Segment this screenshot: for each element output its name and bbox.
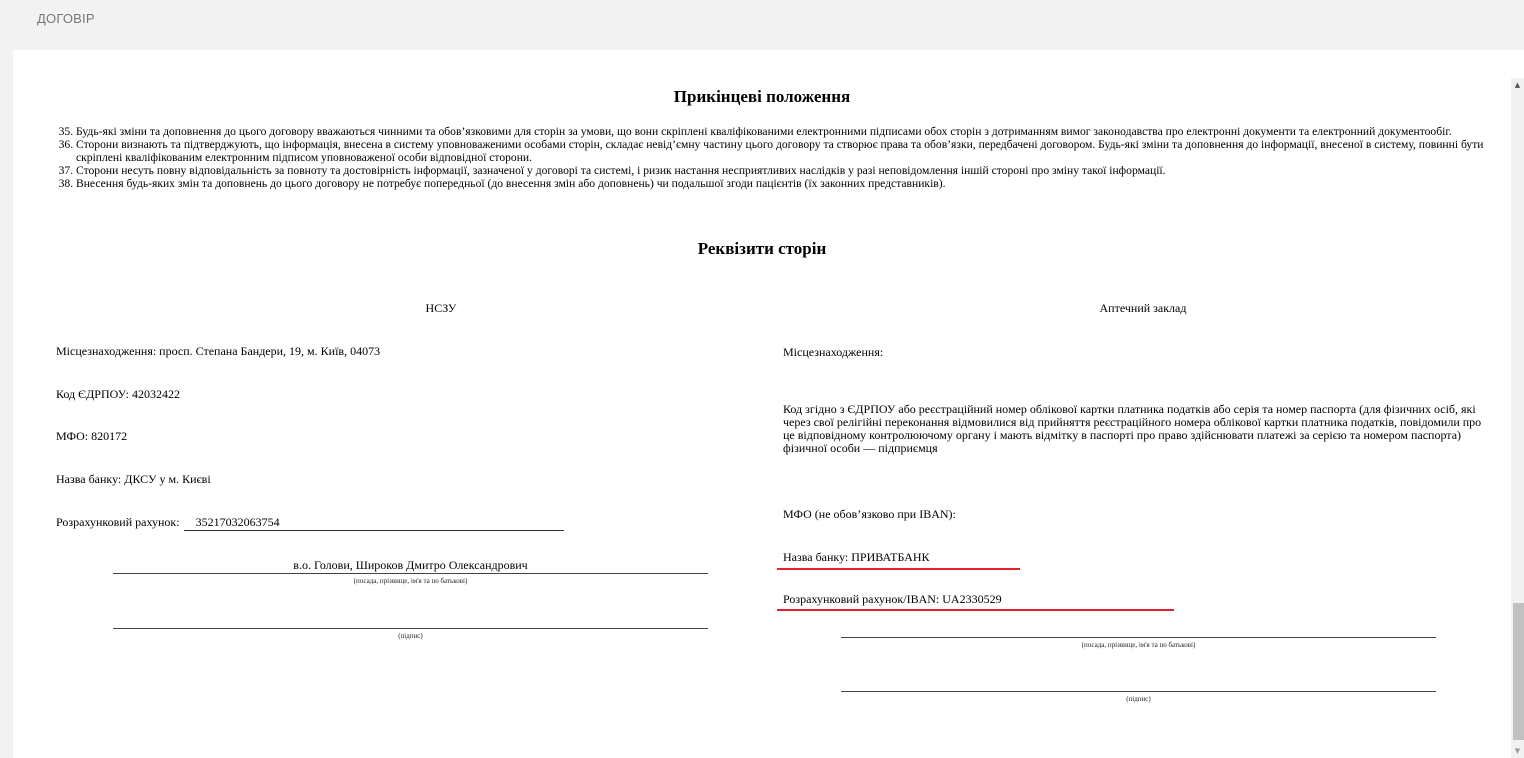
right-bank-value[interactable]: ПРИВАТБАНК [851,550,929,564]
right-signatory-block: (посада, прізвище, ім'я та по батькові) [841,621,1436,649]
right-mfo-label: МФО (не обов’язково при IBAN): [783,507,956,522]
scroll-down-arrow-icon[interactable]: ▼ [1511,744,1524,758]
bank-highlight-underline [777,568,1020,570]
clause-37: Сторони несуть повну відповідальність за… [76,164,1496,177]
clauses-list: Будь-які зміни та доповнення до цього до… [56,125,1496,190]
section-title-final-provisions: Прикінцеві положення [13,87,1511,107]
page-title: ДОГОВІР [37,11,95,26]
left-bank: Назва банку: ДКСУ у м. Києві [56,472,211,487]
right-code-label: Код згідно з ЄДРПОУ або реєстраційний но… [783,403,1483,455]
vertical-scrollbar[interactable]: ▲ ▼ [1511,78,1524,758]
left-signatory-name: в.о. Голови, Широков Дмитро Олександрови… [113,557,708,574]
right-bank-row: Назва банку: ПРИВАТБАНК [783,550,930,565]
right-signature-caption: (підпис) [841,695,1436,703]
right-location-label: Місцезнаходження: [783,345,883,360]
left-signature-block: (підпис) [113,612,708,640]
left-mfo: МФО: 820172 [56,429,127,444]
right-signatory-line [841,621,1436,638]
contract-document: Прикінцеві положення Будь-які зміни та д… [13,50,1524,758]
left-signature-caption: (підпис) [113,632,708,640]
clause-38: Внесення будь-яких змін та доповнень до … [76,177,1496,190]
scroll-up-arrow-icon[interactable]: ▲ [1511,78,1524,92]
right-signatory-caption: (посада, прізвище, ім'я та по батькові) [841,641,1436,649]
left-signature-line [113,612,708,629]
section-title-requisites: Реквізити сторін [13,239,1511,259]
right-iban-input[interactable]: UA2330529 [942,592,1034,607]
clause-36: Сторони визнають та підтверджують, що ін… [76,138,1496,164]
left-account-row: Розрахунковий рахунок:35217032063754 [56,515,564,531]
left-party-name: НСЗУ [56,301,826,316]
left-edrpou: Код ЄДРПОУ: 42032422 [56,387,180,402]
right-party-name: Аптечний заклад [783,301,1503,316]
left-location: Місцезнаходження: просп. Степана Бандери… [56,344,380,359]
right-signature-line [841,675,1436,692]
right-iban-label: Розрахунковий рахунок/IBAN: [783,592,939,606]
left-account-value: 35217032063754 [184,515,564,531]
clause-35: Будь-які зміни та доповнення до цього до… [76,125,1496,138]
left-signatory-block: в.о. Голови, Широков Дмитро Олександрови… [113,557,708,585]
right-iban-row: Розрахунковий рахунок/IBAN: UA2330529 [783,592,1034,607]
left-signatory-caption: (посада, прізвище, ім'я та по батькові) [113,577,708,585]
right-signature-block: (підпис) [841,675,1436,703]
scrollbar-thumb[interactable] [1513,603,1524,740]
right-bank-label: Назва банку: [783,550,848,564]
document-scroll-area: Прикінцеві положення Будь-які зміни та д… [13,50,1511,758]
left-account-label: Розрахунковий рахунок: [56,515,180,529]
iban-highlight-underline [777,609,1174,611]
